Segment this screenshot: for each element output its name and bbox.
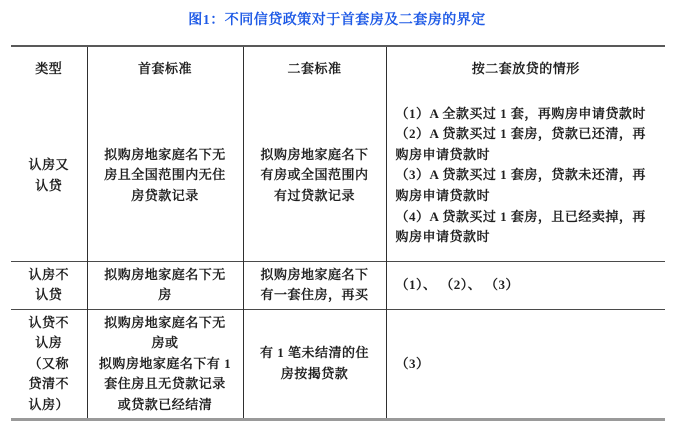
case-item: （2）A 贷款买过 1 套房，贷款已还清，再购房申请贷款时 <box>396 124 660 165</box>
cell-policy-type: 认房不 认贷 <box>11 261 87 309</box>
col-header-second-home-loan-cases: 按二套放贷的情形 <box>386 46 665 91</box>
cell-second-home-loan-cases: （1）、 （2）、 （3） <box>386 261 665 309</box>
cell-first-home-standard: 拟购房地家庭名下无 房 <box>87 261 243 309</box>
cell-second-home-standard: 拟购房地家庭名下 有一套住房，再买 <box>243 261 386 309</box>
cell-policy-type: 认房又 认贷 <box>11 91 87 261</box>
table-row: 认房不 认贷 拟购房地家庭名下无 房 拟购房地家庭名下 有一套住房，再买 （1）… <box>11 261 665 309</box>
header-row: 类型 首套标准 二套标准 按二套放贷的情形 <box>11 46 665 91</box>
cell-second-home-standard: 拟购房地家庭名下 有房或全国范围内 有过贷款记录 <box>243 91 386 261</box>
cell-second-home-loan-cases: （1）A 全款买过 1 套，再购房申请贷款时 （2）A 贷款买过 1 套房，贷款… <box>386 91 665 261</box>
cell-first-home-standard: 拟购房地家庭名下无 房或 拟购房地家庭名下有 1 套住房且无贷款记录 或贷款已经… <box>87 309 243 420</box>
figure-title: 图1：不同信贷政策对于首套房及二套房的界定 <box>0 0 674 29</box>
case-item: （4）A 贷款买过 1 套房，且已经卖掉，再购房申请贷款时 <box>396 207 660 248</box>
case-item: （1）A 全款买过 1 套，再购房申请贷款时 <box>396 104 660 125</box>
case-item: （1）、 （2）、 （3） <box>396 275 660 296</box>
case-item: （3）A 贷款买过 1 套房，贷款未还清，再购房申请贷款时 <box>396 165 660 206</box>
credit-policy-table: 类型 首套标准 二套标准 按二套放贷的情形 认房又 认贷 拟购房地家庭名下无 房… <box>11 45 665 421</box>
cell-second-home-loan-cases: （3） <box>386 309 665 420</box>
cell-first-home-standard: 拟购房地家庭名下无 房且全国范围内无住 房贷款记录 <box>87 91 243 261</box>
cell-policy-type: 认贷不 认房 （又称 贷清不 认房） <box>11 309 87 420</box>
table-row: 认房又 认贷 拟购房地家庭名下无 房且全国范围内无住 房贷款记录 拟购房地家庭名… <box>11 91 665 261</box>
table-row: 认贷不 认房 （又称 贷清不 认房） 拟购房地家庭名下无 房或 拟购房地家庭名下… <box>11 309 665 420</box>
col-header-second-home-standard: 二套标准 <box>243 46 386 91</box>
col-header-type: 类型 <box>11 46 87 91</box>
col-header-first-home-standard: 首套标准 <box>87 46 243 91</box>
case-item: （3） <box>396 354 660 375</box>
cell-second-home-standard: 有 1 笔未结清的住 房按揭贷款 <box>243 309 386 420</box>
document-page: 图1：不同信贷政策对于首套房及二套房的界定 类型 首套标准 二套标准 按二套放贷… <box>0 0 674 435</box>
